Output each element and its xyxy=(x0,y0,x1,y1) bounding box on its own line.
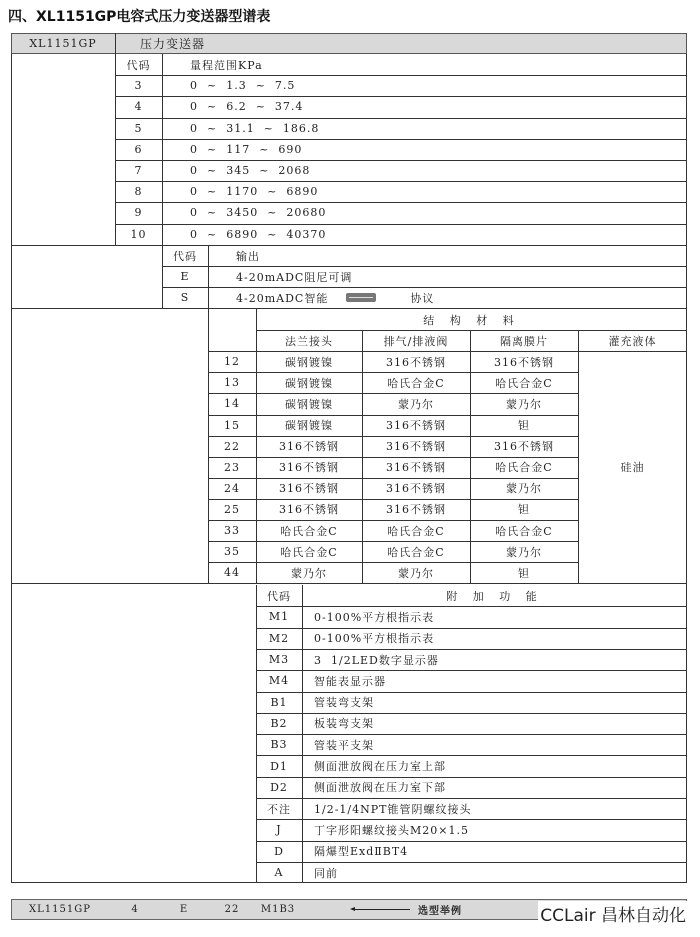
range-code: 4 xyxy=(115,96,162,117)
material-valve: 哈氏合金C xyxy=(362,541,470,562)
option-description: 管装弯支架 xyxy=(314,692,684,713)
options-code-header: 代码 xyxy=(256,585,302,606)
output-code: S xyxy=(162,287,208,308)
material-diaphragm: 316不锈钢 xyxy=(470,436,578,457)
arrow-left-icon xyxy=(352,909,410,910)
material-diaphragm: 哈氏合金C xyxy=(470,372,578,393)
material-code: 24 xyxy=(208,478,256,499)
option-code: M2 xyxy=(256,628,302,649)
option-code: B3 xyxy=(256,734,302,755)
model-name: 压力变送器 xyxy=(140,33,340,54)
range-code: 6 xyxy=(115,139,162,160)
output-code-header: 代码 xyxy=(162,245,208,266)
range-code-header: 代码 xyxy=(115,54,162,75)
example-model: XL1151GP xyxy=(20,899,100,920)
range-value: 0 ~ 3450 ~ 20680 xyxy=(190,202,490,223)
material-flange: 碳钢镀镍 xyxy=(256,372,362,393)
example-range-code: 4 xyxy=(125,899,145,920)
material-code: 35 xyxy=(208,541,256,562)
material-code: 25 xyxy=(208,499,256,520)
material-fill-liquid: 硅油 xyxy=(578,351,687,583)
divider xyxy=(208,245,209,308)
material-valve: 316不锈钢 xyxy=(362,478,470,499)
material-code: 12 xyxy=(208,351,256,372)
range-value: 0 ~ 345 ~ 2068 xyxy=(190,160,490,181)
option-description: 同前 xyxy=(314,862,684,883)
material-valve: 蒙乃尔 xyxy=(362,393,470,414)
option-description: 智能表显示器 xyxy=(314,670,684,691)
material-diaphragm: 哈氏合金C xyxy=(470,520,578,541)
option-description: 1/2-1/4NPT锥管阴螺纹接头 xyxy=(314,798,684,819)
material-column-header: 排气/排液阀 xyxy=(362,330,470,351)
material-diaphragm: 316不锈钢 xyxy=(470,351,578,372)
material-diaphragm: 蒙乃尔 xyxy=(470,541,578,562)
material-valve: 哈氏合金C xyxy=(362,372,470,393)
range-value: 0 ~ 117 ~ 690 xyxy=(190,139,490,160)
material-flange: 哈氏合金C xyxy=(256,541,362,562)
material-valve: 蒙乃尔 xyxy=(362,562,470,583)
material-flange: 316不锈钢 xyxy=(256,436,362,457)
material-valve: 316不锈钢 xyxy=(362,436,470,457)
material-column-header: 隔离膜片 xyxy=(470,330,578,351)
option-description: 0-100%平方根指示表 xyxy=(314,606,684,627)
option-code: B1 xyxy=(256,692,302,713)
range-code: 9 xyxy=(115,202,162,223)
output-code: E xyxy=(162,266,208,287)
option-description: 管装平支架 xyxy=(314,734,684,755)
range-value: 0 ~ 31.1 ~ 186.8 xyxy=(190,118,490,139)
material-column-header: 法兰接头 xyxy=(256,330,362,351)
option-description: 板装弯支架 xyxy=(314,713,684,734)
material-column-header: 灌充液体 xyxy=(578,330,687,351)
material-flange: 碳钢镀镍 xyxy=(256,351,362,372)
material-flange: 蒙乃尔 xyxy=(256,562,362,583)
option-code: J xyxy=(256,819,302,840)
option-code: D2 xyxy=(256,777,302,798)
watermark-logo: CCLair 昌林自动化 xyxy=(538,901,688,926)
material-code: 14 xyxy=(208,393,256,414)
material-valve: 316不锈钢 xyxy=(362,351,470,372)
range-code: 8 xyxy=(115,181,162,202)
material-flange: 316不锈钢 xyxy=(256,499,362,520)
output-value: 4-20mADC智能协议 xyxy=(236,287,636,308)
option-code: B2 xyxy=(256,713,302,734)
range-code: 3 xyxy=(115,75,162,96)
range-value: 0 ~ 1.3 ~ 7.5 xyxy=(190,75,490,96)
example-label: 选型举例 xyxy=(418,899,498,920)
range-code: 5 xyxy=(115,118,162,139)
option-code: 不注 xyxy=(256,798,302,819)
material-code: 22 xyxy=(208,436,256,457)
material-diaphragm: 钽 xyxy=(470,562,578,583)
material-code: 15 xyxy=(208,415,256,436)
material-diaphragm: 蒙乃尔 xyxy=(470,393,578,414)
divider xyxy=(162,54,163,245)
material-valve: 316不锈钢 xyxy=(362,499,470,520)
option-description: 侧面泄放阀在压力室下部 xyxy=(314,777,684,798)
option-code: M1 xyxy=(256,606,302,627)
option-code: M4 xyxy=(256,670,302,691)
material-valve: 316不锈钢 xyxy=(362,457,470,478)
option-code: M3 xyxy=(256,649,302,670)
options-function-header: 附 加 功 能 xyxy=(302,585,687,606)
material-diaphragm: 蒙乃尔 xyxy=(470,478,578,499)
option-code: A xyxy=(256,862,302,883)
model-code: XL1151GP xyxy=(11,33,115,54)
material-code: 23 xyxy=(208,457,256,478)
material-flange: 哈氏合金C xyxy=(256,520,362,541)
example-output-code: E xyxy=(174,899,194,920)
option-description: 3 1/2LED数字显示器 xyxy=(314,649,684,670)
hart-protocol-icon xyxy=(346,293,376,302)
material-valve: 哈氏合金C xyxy=(362,520,470,541)
range-code: 10 xyxy=(115,224,162,245)
range-value: 0 ~ 6.2 ~ 37.4 xyxy=(190,96,490,117)
option-description: 丁字形阳螺纹接头M20×1.5 xyxy=(314,819,684,840)
material-code: 33 xyxy=(208,520,256,541)
option-description: 侧面泄放阀在压力室上部 xyxy=(314,755,684,776)
option-code: D xyxy=(256,841,302,862)
material-flange: 碳钢镀镍 xyxy=(256,415,362,436)
option-code: D1 xyxy=(256,755,302,776)
range-value: 0 ~ 6890 ~ 40370 xyxy=(190,224,490,245)
example-material-code: 22 xyxy=(220,899,244,920)
material-code: 13 xyxy=(208,372,256,393)
option-description: 隔爆型ExdⅡBT4 xyxy=(314,841,684,862)
output-protocol-label: 协议 xyxy=(410,290,434,306)
material-diaphragm: 钽 xyxy=(470,499,578,520)
output-value-text: 4-20mADC智能 xyxy=(236,290,328,306)
material-group-header: 结 构 材 料 xyxy=(256,309,687,330)
range-value: 0 ~ 1170 ~ 6890 xyxy=(190,181,490,202)
page-title: 四、XL1151GP电容式压力变送器型谱表 xyxy=(8,6,270,26)
material-code: 44 xyxy=(208,562,256,583)
material-diaphragm: 钽 xyxy=(470,415,578,436)
material-diaphragm: 哈氏合金C xyxy=(470,457,578,478)
range-header: 量程范围KPa xyxy=(190,54,390,75)
material-flange: 316不锈钢 xyxy=(256,457,362,478)
output-value: 4-20mADC阻尼可调 xyxy=(236,266,636,287)
example-option-codes: M1B3 xyxy=(258,899,298,920)
range-code: 7 xyxy=(115,160,162,181)
material-valve: 316不锈钢 xyxy=(362,415,470,436)
output-header: 输出 xyxy=(236,245,436,266)
option-description: 0-100%平方根指示表 xyxy=(314,628,684,649)
material-flange: 碳钢镀镍 xyxy=(256,393,362,414)
material-flange: 316不锈钢 xyxy=(256,478,362,499)
